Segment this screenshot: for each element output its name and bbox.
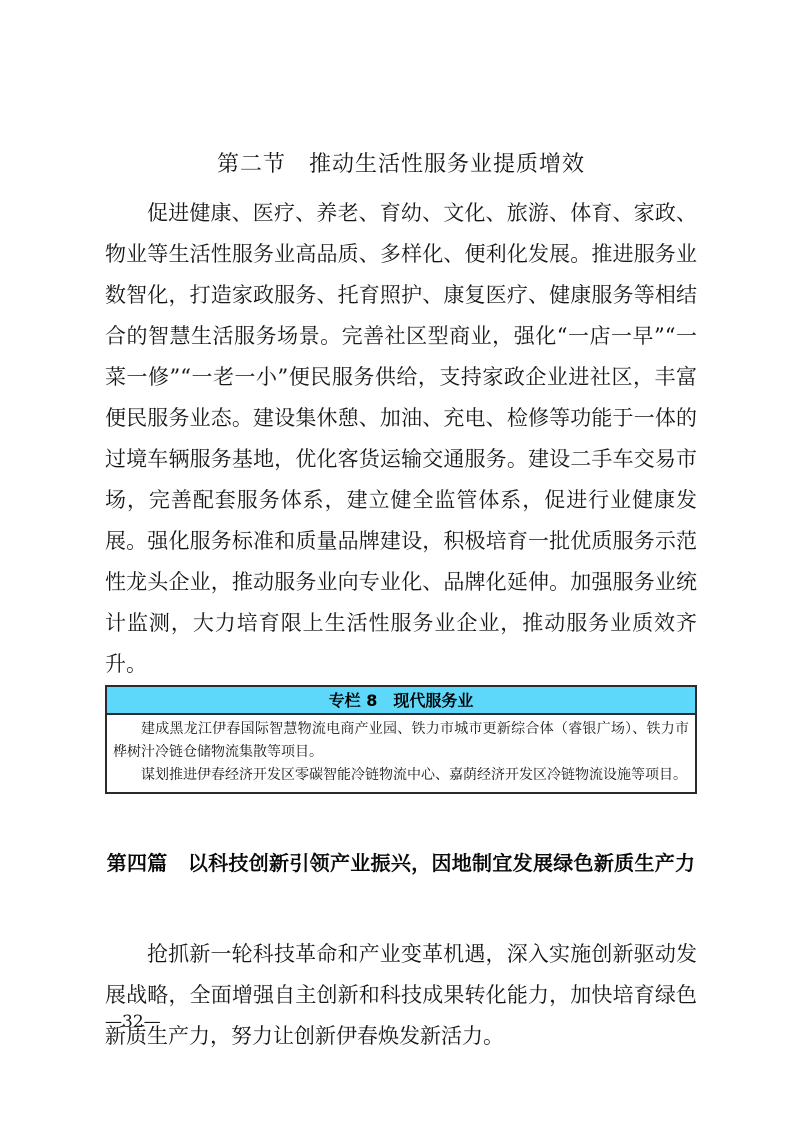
part-paragraph: 抢抓新一轮科技革命和产业变革机遇，深入实施创新驱动发展战略，全面增强自主创新和科… (105, 934, 697, 1057)
section-title: 第二节 推动生活性服务业提质增效 (105, 0, 697, 180)
part-title: 第四篇 以科技创新引领产业振兴，因地制宜发展绿色新质生产力 (105, 849, 697, 877)
callout-title: 专栏 8 现代服务业 (329, 691, 474, 710)
callout-body: 建成黑龙江伊春国际智慧物流电商产业园、铁力市城市更新综合体（睿银广场）、铁力市桦… (107, 715, 695, 792)
callout-header: 专栏 8 现代服务业 (107, 687, 695, 715)
callout-paragraph: 谋划推进伊春经济开发区零碳智能冷链物流中心、嘉荫经济开发区冷链物流设施等项目。 (113, 764, 689, 787)
section-paragraph: 促进健康、医疗、养老、育幼、文化、旅游、体育、家政、物业等生活性服务业高品质、多… (105, 193, 697, 685)
callout-paragraph: 建成黑龙江伊春国际智慧物流电商产业园、铁力市城市更新综合体（睿银广场）、铁力市桦… (113, 718, 689, 764)
page-number: —32— (105, 1012, 161, 1032)
document-page: 第二节 推动生活性服务业提质增效 促进健康、医疗、养老、育幼、文化、旅游、体育、… (0, 0, 793, 1122)
content-column: 第二节 推动生活性服务业提质增效 促进健康、医疗、养老、育幼、文化、旅游、体育、… (105, 0, 697, 1057)
callout-box-modern-services: 专栏 8 现代服务业 建成黑龙江伊春国际智慧物流电商产业园、铁力市城市更新综合体… (105, 685, 697, 794)
